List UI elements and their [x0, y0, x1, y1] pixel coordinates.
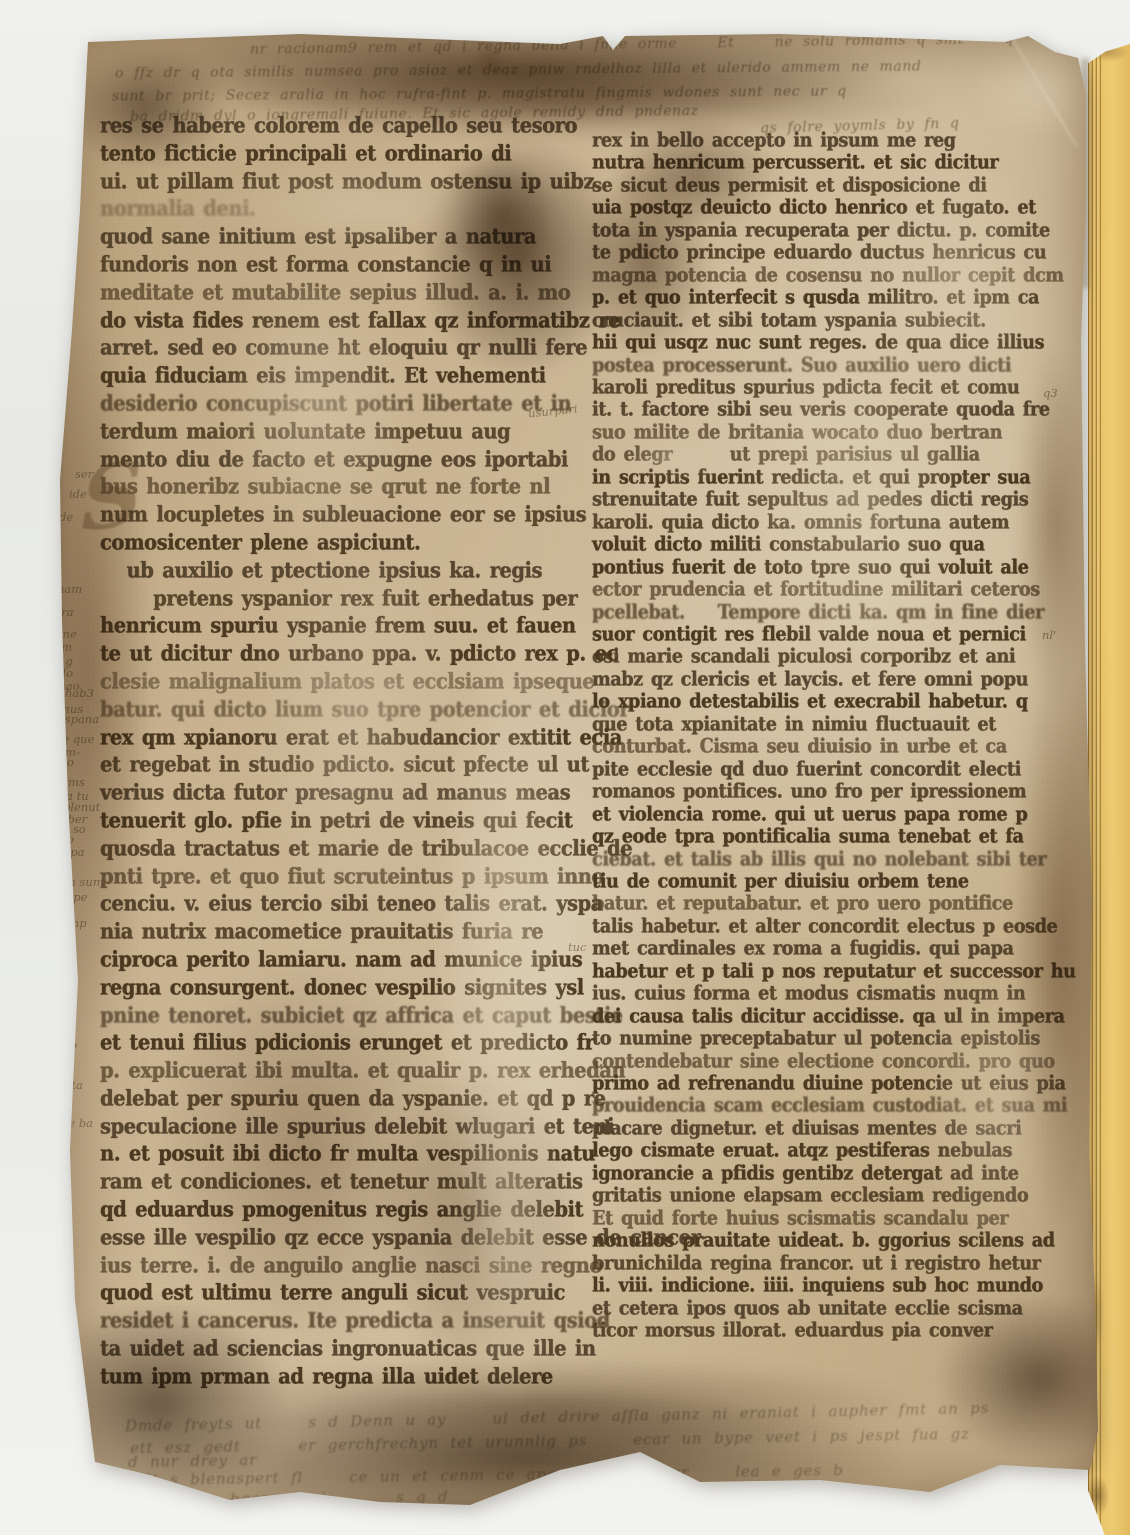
ink-layer: nr racionam9 rem et qd i regna bella i f…: [55, 26, 1103, 1508]
top-annotation-line: o ffz dr q ota similis numsea pro asioz …: [115, 58, 922, 81]
margin-gloss: nl': [1042, 628, 1056, 642]
margin-gloss: ser: [75, 467, 93, 481]
margin-gloss: de que: [55, 732, 94, 746]
margin-gloss: ill: [61, 860, 72, 874]
manuscript-text-line: et regebat in studio pdicto. sicut pfect…: [100, 750, 548, 781]
margin-gloss: tho: [55, 832, 74, 846]
manuscript-text-line: num locupletes in subleuacione eor se ip…: [100, 499, 548, 530]
manuscript-text-line: qz eode tpra pontificalia suma tenebat e…: [592, 825, 1034, 850]
manuscript-text-line: meditate et mutabilite sepius illud. a. …: [100, 277, 548, 308]
margin-gloss: nam: [57, 582, 82, 596]
margin-gloss: nlo: [55, 666, 73, 680]
margin-gloss: ispana: [61, 712, 99, 726]
manuscript-text-line: postea processerunt. Suo auxilio uero di…: [592, 353, 1034, 378]
manuscript-text-line: hii qui usqz nuc sunt reges. de qua dice…: [592, 331, 1034, 356]
text-column-left: res se habere colorem de capello seu tes…: [100, 112, 548, 1391]
manuscript-text-line: delebat per spuriu quen da yspanie. et q…: [100, 1083, 548, 1114]
manuscript-text-line: quia fiduciam eis impendit. Et vehementi: [100, 361, 548, 392]
manuscript-text-line: voluit dicto militi constabulario suo qu…: [592, 533, 1034, 558]
manuscript-text-line: esse ille vespilio qz ecce yspania deleb…: [100, 1222, 548, 1253]
manuscript-text-line: met cardinales ex roma a fugidis. qui pa…: [592, 937, 1034, 962]
margin-gloss: hab3: [65, 686, 94, 700]
manuscript-text-line: batur. et reputabatur. et pro uero ponti…: [592, 892, 1034, 917]
manuscript-text-line: nia nutrix macometice prauitatis furia r…: [100, 916, 548, 947]
manuscript-text-line: ticor morsus illorat. eduardus pia conve…: [592, 1319, 1034, 1344]
manuscript-text-line: contendebatur sine electione concordi. p…: [592, 1049, 1034, 1074]
photograph-of-manuscript: { "meta": { "subject": "medieval parchme…: [0, 0, 1130, 1535]
manuscript-text-line: ciproca perito lamiaru. nam ad munice ip…: [100, 944, 548, 975]
margin-gloss: fine: [55, 627, 77, 641]
manuscript-text-line: conturbat. Cisma seu diuisio in urbe et …: [592, 735, 1034, 760]
manuscript-text-line: desiderio concupiscunt potiri libertate …: [100, 388, 548, 419]
manuscript-text-line: lego cismate eruat. atqz pestiferas nebu…: [592, 1139, 1034, 1164]
manuscript-text-line: pnti tpre. et quo fiut scruteintus p ips…: [100, 861, 548, 892]
manuscript-text-line: tento ficticie principali et ordinario d…: [100, 138, 548, 169]
margin-gloss: q ms: [57, 775, 85, 789]
manuscript-text-line: ta uidet ad sciencias ingronuaticas que …: [100, 1333, 548, 1364]
manuscript-text-line: to numine preceptabatur ul potencia epis…: [592, 1027, 1034, 1052]
manuscript-text-line: n. et posuit ibi dicto fr multa vespilio…: [100, 1139, 548, 1170]
manuscript-text-line: terdum maiori uoluntate impetuu aug: [100, 416, 548, 447]
top-annotation-line: sunt br prit; Secez aralia in hoc rufra-…: [112, 83, 847, 104]
manuscript-text-line: arret. sed eo comune ht eloquiu qr nulli…: [100, 333, 548, 364]
manuscript-text-line: gritatis unione elapsam ecclesiam redige…: [592, 1184, 1034, 1209]
manuscript-text-line: clesie malignalium platos et ecclsiam ip…: [100, 666, 548, 697]
manuscript-text-line: lo xpiano detestabilis et execrabil habe…: [592, 690, 1034, 715]
manuscript-text-line: comosicenter plene aspiciunt.: [100, 527, 548, 558]
manuscript-text-line: et violencia rome. qui ut uerus papa rom…: [592, 802, 1034, 827]
margin-gloss: de: [59, 510, 73, 524]
manuscript-text-line: nonullos prauitate uideat. b. ggorius sc…: [592, 1229, 1034, 1254]
manuscript-page: nr racionam9 rem et qd i regna bella i f…: [55, 26, 1103, 1508]
manuscript-text-line: verius dicta futor presagnu ad manus mea…: [100, 777, 548, 808]
manuscript-text-line: res se habere colorem de capello seu tes…: [100, 110, 548, 141]
manuscript-text-line: osi marie scandali piculosi corporibz et…: [592, 645, 1034, 670]
manuscript-text-line: p. et quo interfecit s qusda militro. et…: [592, 286, 1034, 311]
margin-gloss: ps: [60, 950, 73, 964]
margin-gloss: g a sum: [58, 875, 104, 889]
manuscript-text-line: batur. qui dicto lium suo tpre potencior…: [100, 694, 548, 725]
margin-gloss: uspa: [57, 845, 85, 859]
manuscript-text-line: residet i cancerus. Ite predicta a inser…: [100, 1306, 548, 1337]
margin-gloss: respe: [55, 890, 87, 904]
text-column-right: rex in bello accepto in ipsum me regnutr…: [592, 130, 1034, 1342]
manuscript-text-line: et tenui filius pdicionis erunget et pre…: [100, 1028, 548, 1059]
manuscript-text-line: qd eduardus pmogenitus regis anglie dele…: [100, 1194, 548, 1225]
margin-gloss: ide: [69, 487, 87, 501]
manuscript-text-line: ius. cuius forma et modus cismatis nuqm …: [592, 982, 1034, 1007]
manuscript-text-line: cenciu. v. eius tercio sibi teneo talis …: [100, 889, 548, 920]
manuscript-text-line: uia postqz deuicto dicto henrico et fuga…: [592, 196, 1034, 221]
margin-gloss: comp: [55, 916, 87, 930]
margin-gloss: nota: [57, 1078, 83, 1092]
margin-gloss: fm: [57, 640, 72, 654]
manuscript-text-line: quosda tractatus et marie de tribulacoe …: [100, 833, 548, 864]
manuscript-text-line: quod sane initium est ipsaliber a natura: [100, 222, 548, 253]
manuscript-text-line: tum ipm prman ad regna illa uidet delere: [100, 1361, 548, 1392]
manuscript-text-line: te pdicto principe eduardo ductus henric…: [592, 241, 1034, 266]
manuscript-text-line: pnine tenoret. subiciet qz affrica et ca…: [100, 1000, 548, 1031]
bottom-annotation-line: d nur drey ar: [128, 1451, 257, 1471]
manuscript-text-line: pcellebat. Tempore dicti ka. qm in fine …: [592, 600, 1034, 625]
manuscript-text-line: prouidencia scam ecclesiam custodiat. et…: [592, 1094, 1034, 1119]
manuscript-text-line: cruciauit. et sibi totam yspania subieci…: [592, 308, 1034, 333]
margin-gloss: hab: [55, 986, 77, 1000]
margin-gloss: de ba: [61, 1116, 93, 1130]
manuscript-text-line: regna consurgent. donec vespilio signite…: [100, 972, 548, 1003]
manuscript-text-line: pretens yspanior rex fuit erhedatus per: [100, 583, 548, 614]
manuscript-text-line: ciebat. et talis ab illis qui no noleban…: [592, 847, 1034, 872]
manuscript-text-line: nutra henricum percusserit. et sic dicit…: [592, 151, 1034, 176]
manuscript-text-line: henricum spuriu yspanie frem suu. et fau…: [100, 611, 548, 642]
manuscript-text-line: it. t. factore sibi seu veris cooperate …: [592, 398, 1034, 423]
manuscript-text-line: quod est ultimu terre anguli sicut vespr…: [100, 1278, 548, 1309]
margin-gloss: q3: [1043, 386, 1058, 400]
parchment-sheet-wrapper: nr racionam9 rem et qd i regna bella i f…: [0, 0, 1130, 1535]
gap-gloss: tuc: [568, 940, 586, 954]
manuscript-text-line: et cetera ipos quos ab unitate ecclie sc…: [592, 1296, 1034, 1321]
margin-gloss: glo: [59, 1038, 77, 1052]
manuscript-text-line: p. explicuerat ibi multa. et qualir p. r…: [100, 1055, 548, 1086]
manuscript-text-line: li. viii. indicione. iiii. inquiens sub …: [592, 1274, 1034, 1299]
manuscript-text-line: do elegr ut prepi parisius ul gallia: [592, 443, 1034, 468]
manuscript-text-line: ector prudencia et fortitudine militari …: [592, 578, 1034, 603]
manuscript-text-line: ub auxilio et ptectione ipsius ka. regis: [100, 555, 548, 586]
margin-gloss: fra: [57, 605, 74, 619]
manuscript-text-line: tenuerit glo. pfie in petri de vineis qu…: [100, 805, 548, 836]
manuscript-text-line: pontius fuerit de toto tpre suo qui volu…: [592, 555, 1034, 580]
top-annotation-line: nr racionam9 rem et qd i regna bella i f…: [250, 30, 1068, 57]
manuscript-text-line: rex qm xpianoru erat et habudancior exti…: [100, 722, 548, 753]
bottom-annotation-line: ajems bqane t gi s q d q p t nulis: [170, 1486, 633, 1509]
manuscript-text-line: normalia deni.: [100, 194, 548, 225]
margin-gloss: o: [67, 755, 74, 769]
manuscript-text-line: te ut dicitur dno urbano ppa. v. pdicto …: [100, 638, 548, 669]
manuscript-text-line: bus honeribz subiacne se qrut ne forte n…: [100, 472, 548, 503]
manuscript-text-line: romanos pontifices. uno fro per ipressio…: [592, 780, 1034, 805]
manuscript-text-line: strenuitate fuit sepultus ad pedes dicti…: [592, 488, 1034, 513]
manuscript-text-line: fundoris non est forma constancie q in u…: [100, 249, 548, 280]
manuscript-text-line: ram et condiciones. et tenetur mult alte…: [100, 1167, 548, 1198]
